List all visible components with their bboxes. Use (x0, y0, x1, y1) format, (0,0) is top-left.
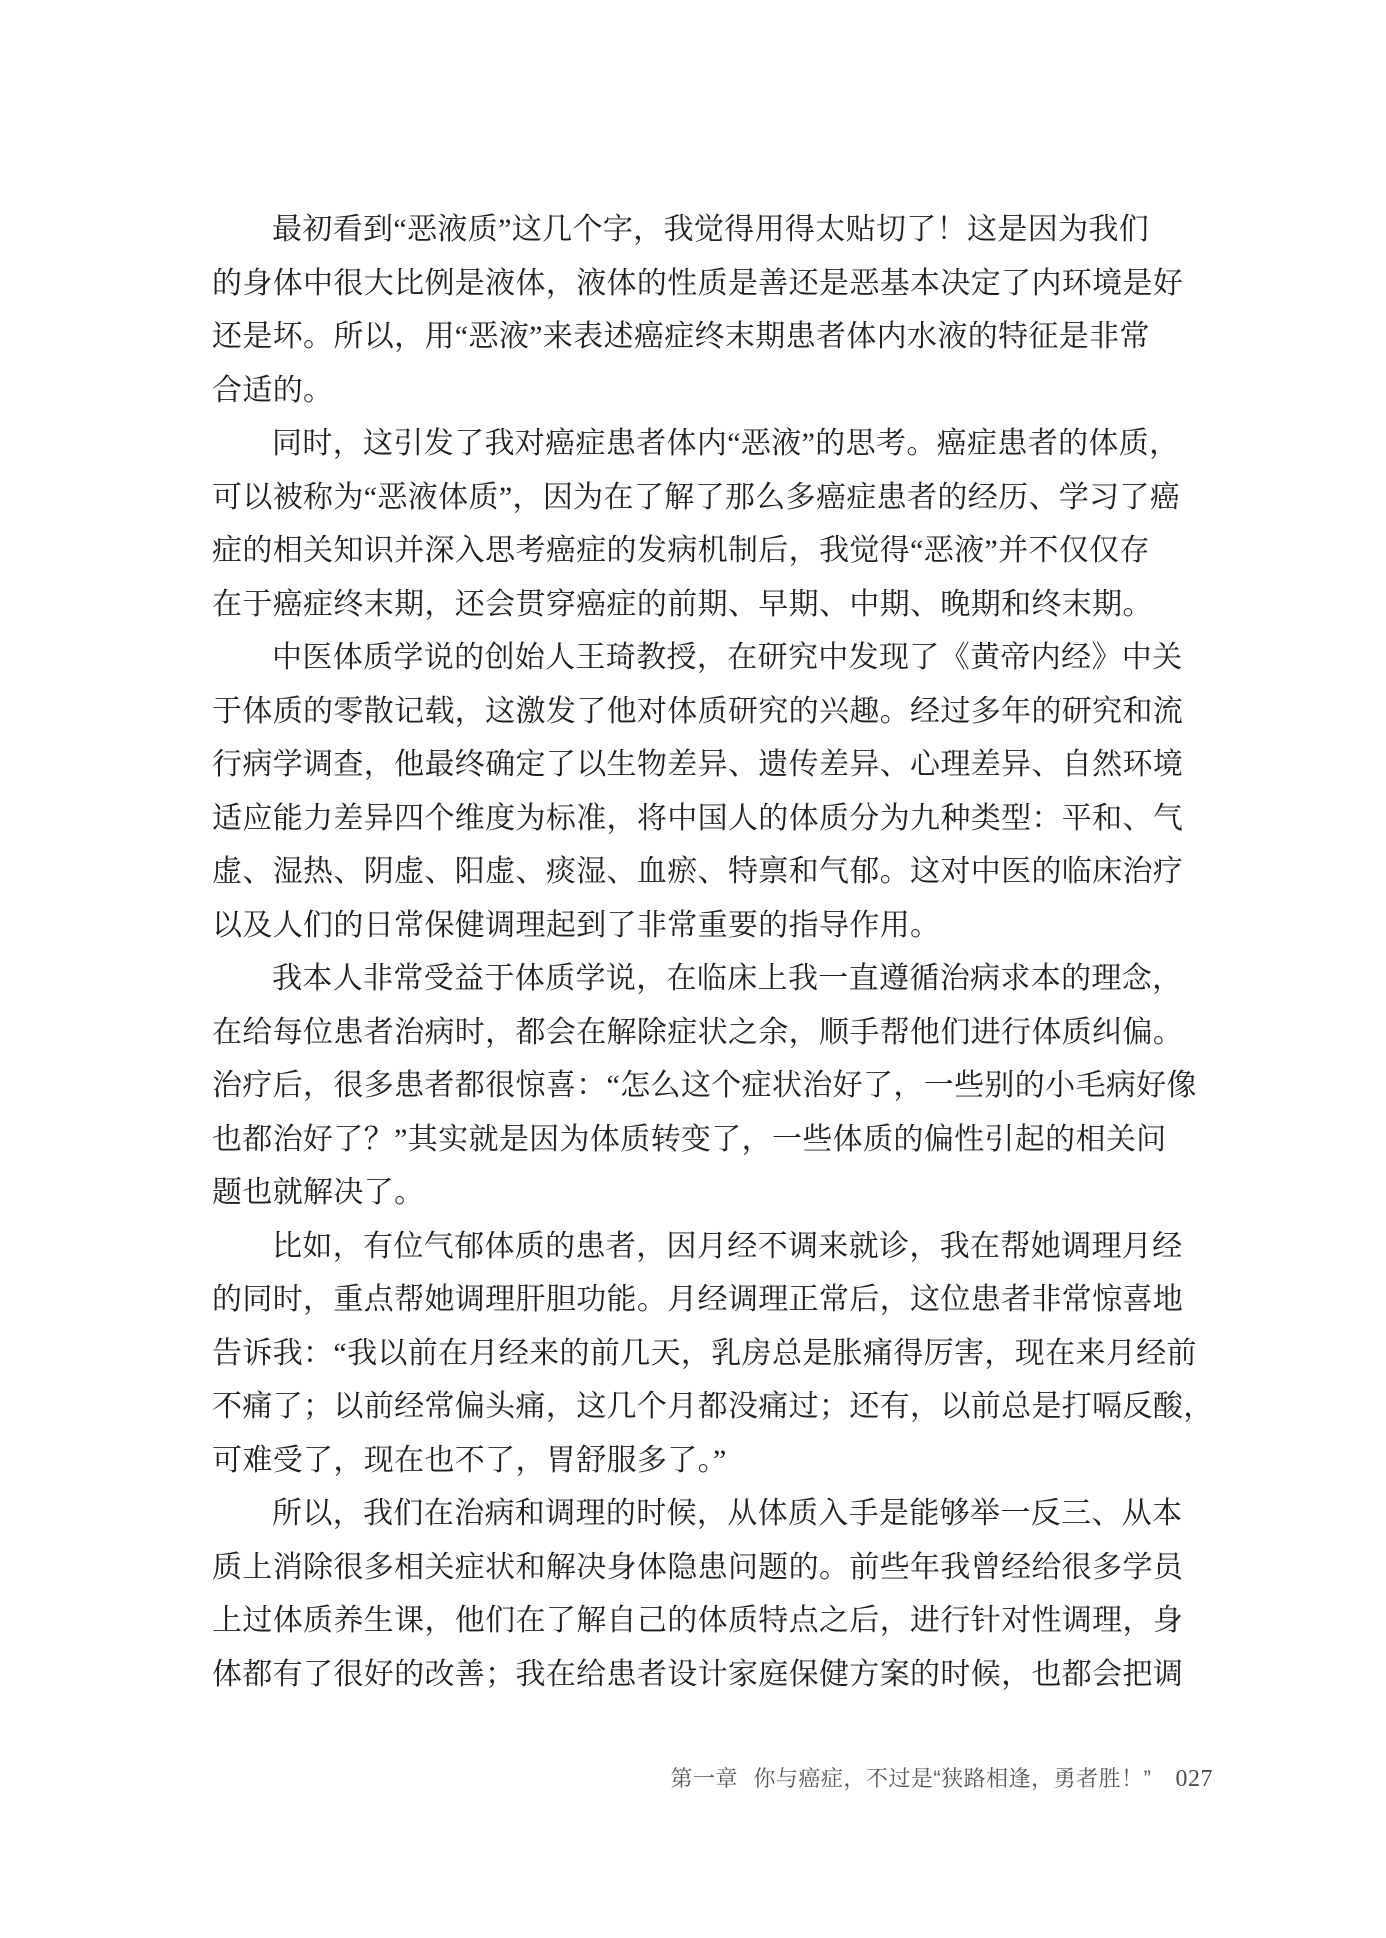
book-page: 最初看到“恶液质”这几个字，我觉得用得太贴切了！这是因为我们的身体中很大比例是液… (0, 0, 1386, 1938)
text-line: 还是坏。所以，用“恶液”来表述癌症终末期患者体内水液的特征是非常 (212, 310, 1220, 364)
text-line: 告诉我：“我以前在月经来的前几天，乳房总是胀痛得厉害，现在来月经前 (212, 1327, 1220, 1381)
text-line: 合适的。 (212, 364, 1220, 418)
text-line: 于体质的零散记载，这激发了他对体质研究的兴趣。经过多年的研究和流 (212, 685, 1220, 739)
text-line: 不痛了；以前经常偏头痛，这几个月都没痛过；还有，以前总是打嗝反酸， (212, 1380, 1220, 1434)
text-line: 以及人们的日常保健调理起到了非常重要的指导作用。 (212, 899, 1220, 953)
text-line: 上过体质养生课，他们在了解自己的体质特点之后，进行针对性调理，身 (212, 1594, 1220, 1648)
paragraph: 所以，我们在治病和调理的时候，从体质入手是能够举一反三、从本质上消除很多相关症状… (212, 1487, 1220, 1701)
text-line: 中医体质学说的创始人王琦教授，在研究中发现了《黄帝内经》中关 (212, 631, 1220, 685)
page-body: 最初看到“恶液质”这几个字，我觉得用得太贴切了！这是因为我们的身体中很大比例是液… (212, 203, 1220, 1701)
footer-chapter-label: 第一章 (670, 1766, 738, 1791)
paragraph: 中医体质学说的创始人王琦教授，在研究中发现了《黄帝内经》中关于体质的零散记载，这… (212, 631, 1220, 952)
footer-chapter-title: 你与癌症，不过是“狭路相逢，勇者胜！” (753, 1766, 1151, 1791)
page-footer: 第一章你与癌症，不过是“狭路相逢，勇者胜！”027 (670, 1765, 1213, 1793)
paragraph: 同时，这引发了我对癌症患者体内“恶液”的思考。癌症患者的体质，可以被称为“恶液体… (212, 417, 1220, 631)
text-line: 题也就解决了。 (212, 1166, 1220, 1220)
text-line: 行病学调查，他最终确定了以生物差异、遗传差异、心理差异、自然环境 (212, 738, 1220, 792)
text-line: 也都治好了？”其实就是因为体质转变了，一些体质的偏性引起的相关问 (212, 1113, 1220, 1167)
text-line: 适应能力差异四个维度为标准，将中国人的体质分为九种类型：平和、气 (212, 792, 1220, 846)
text-line: 可难受了，现在也不了，胃舒服多了。” (212, 1434, 1220, 1488)
text-line: 最初看到“恶液质”这几个字，我觉得用得太贴切了！这是因为我们 (212, 203, 1220, 257)
text-line: 质上消除很多相关症状和解决身体隐患问题的。前些年我曾经给很多学员 (212, 1541, 1220, 1595)
text-line: 虚、湿热、阴虚、阳虚、痰湿、血瘀、特禀和气郁。这对中医的临床治疗 (212, 845, 1220, 899)
text-line: 我本人非常受益于体质学说，在临床上我一直遵循治病求本的理念， (212, 952, 1220, 1006)
text-line: 在于癌症终末期，还会贯穿癌症的前期、早期、中期、晚期和终末期。 (212, 578, 1220, 632)
paragraph: 比如，有位气郁体质的患者，因月经不调来就诊，我在帮她调理月经的同时，重点帮她调理… (212, 1220, 1220, 1488)
text-line: 体都有了很好的改善；我在给患者设计家庭保健方案的时候，也都会把调 (212, 1648, 1220, 1702)
text-line: 比如，有位气郁体质的患者，因月经不调来就诊，我在帮她调理月经 (212, 1220, 1220, 1274)
text-line: 同时，这引发了我对癌症患者体内“恶液”的思考。癌症患者的体质， (212, 417, 1220, 471)
text-line: 所以，我们在治病和调理的时候，从体质入手是能够举一反三、从本 (212, 1487, 1220, 1541)
text-line: 的同时，重点帮她调理肝胆功能。月经调理正常后，这位患者非常惊喜地 (212, 1273, 1220, 1327)
text-line: 症的相关知识并深入思考癌症的发病机制后，我觉得“恶液”并不仅仅存 (212, 524, 1220, 578)
paragraph: 我本人非常受益于体质学说，在临床上我一直遵循治病求本的理念，在给每位患者治病时，… (212, 952, 1220, 1220)
text-line: 的身体中很大比例是液体，液体的性质是善还是恶基本决定了内环境是好 (212, 257, 1220, 311)
text-line: 在给每位患者治病时，都会在解除症状之余，顺手帮他们进行体质纠偏。 (212, 1006, 1220, 1060)
text-line: 治疗后，很多患者都很惊喜：“怎么这个症状治好了，一些别的小毛病好像 (212, 1059, 1220, 1113)
text-line: 可以被称为“恶液体质”，因为在了解了那么多癌症患者的经历、学习了癌 (212, 471, 1220, 525)
paragraph: 最初看到“恶液质”这几个字，我觉得用得太贴切了！这是因为我们的身体中很大比例是液… (212, 203, 1220, 417)
page-number: 027 (1176, 1766, 1214, 1792)
